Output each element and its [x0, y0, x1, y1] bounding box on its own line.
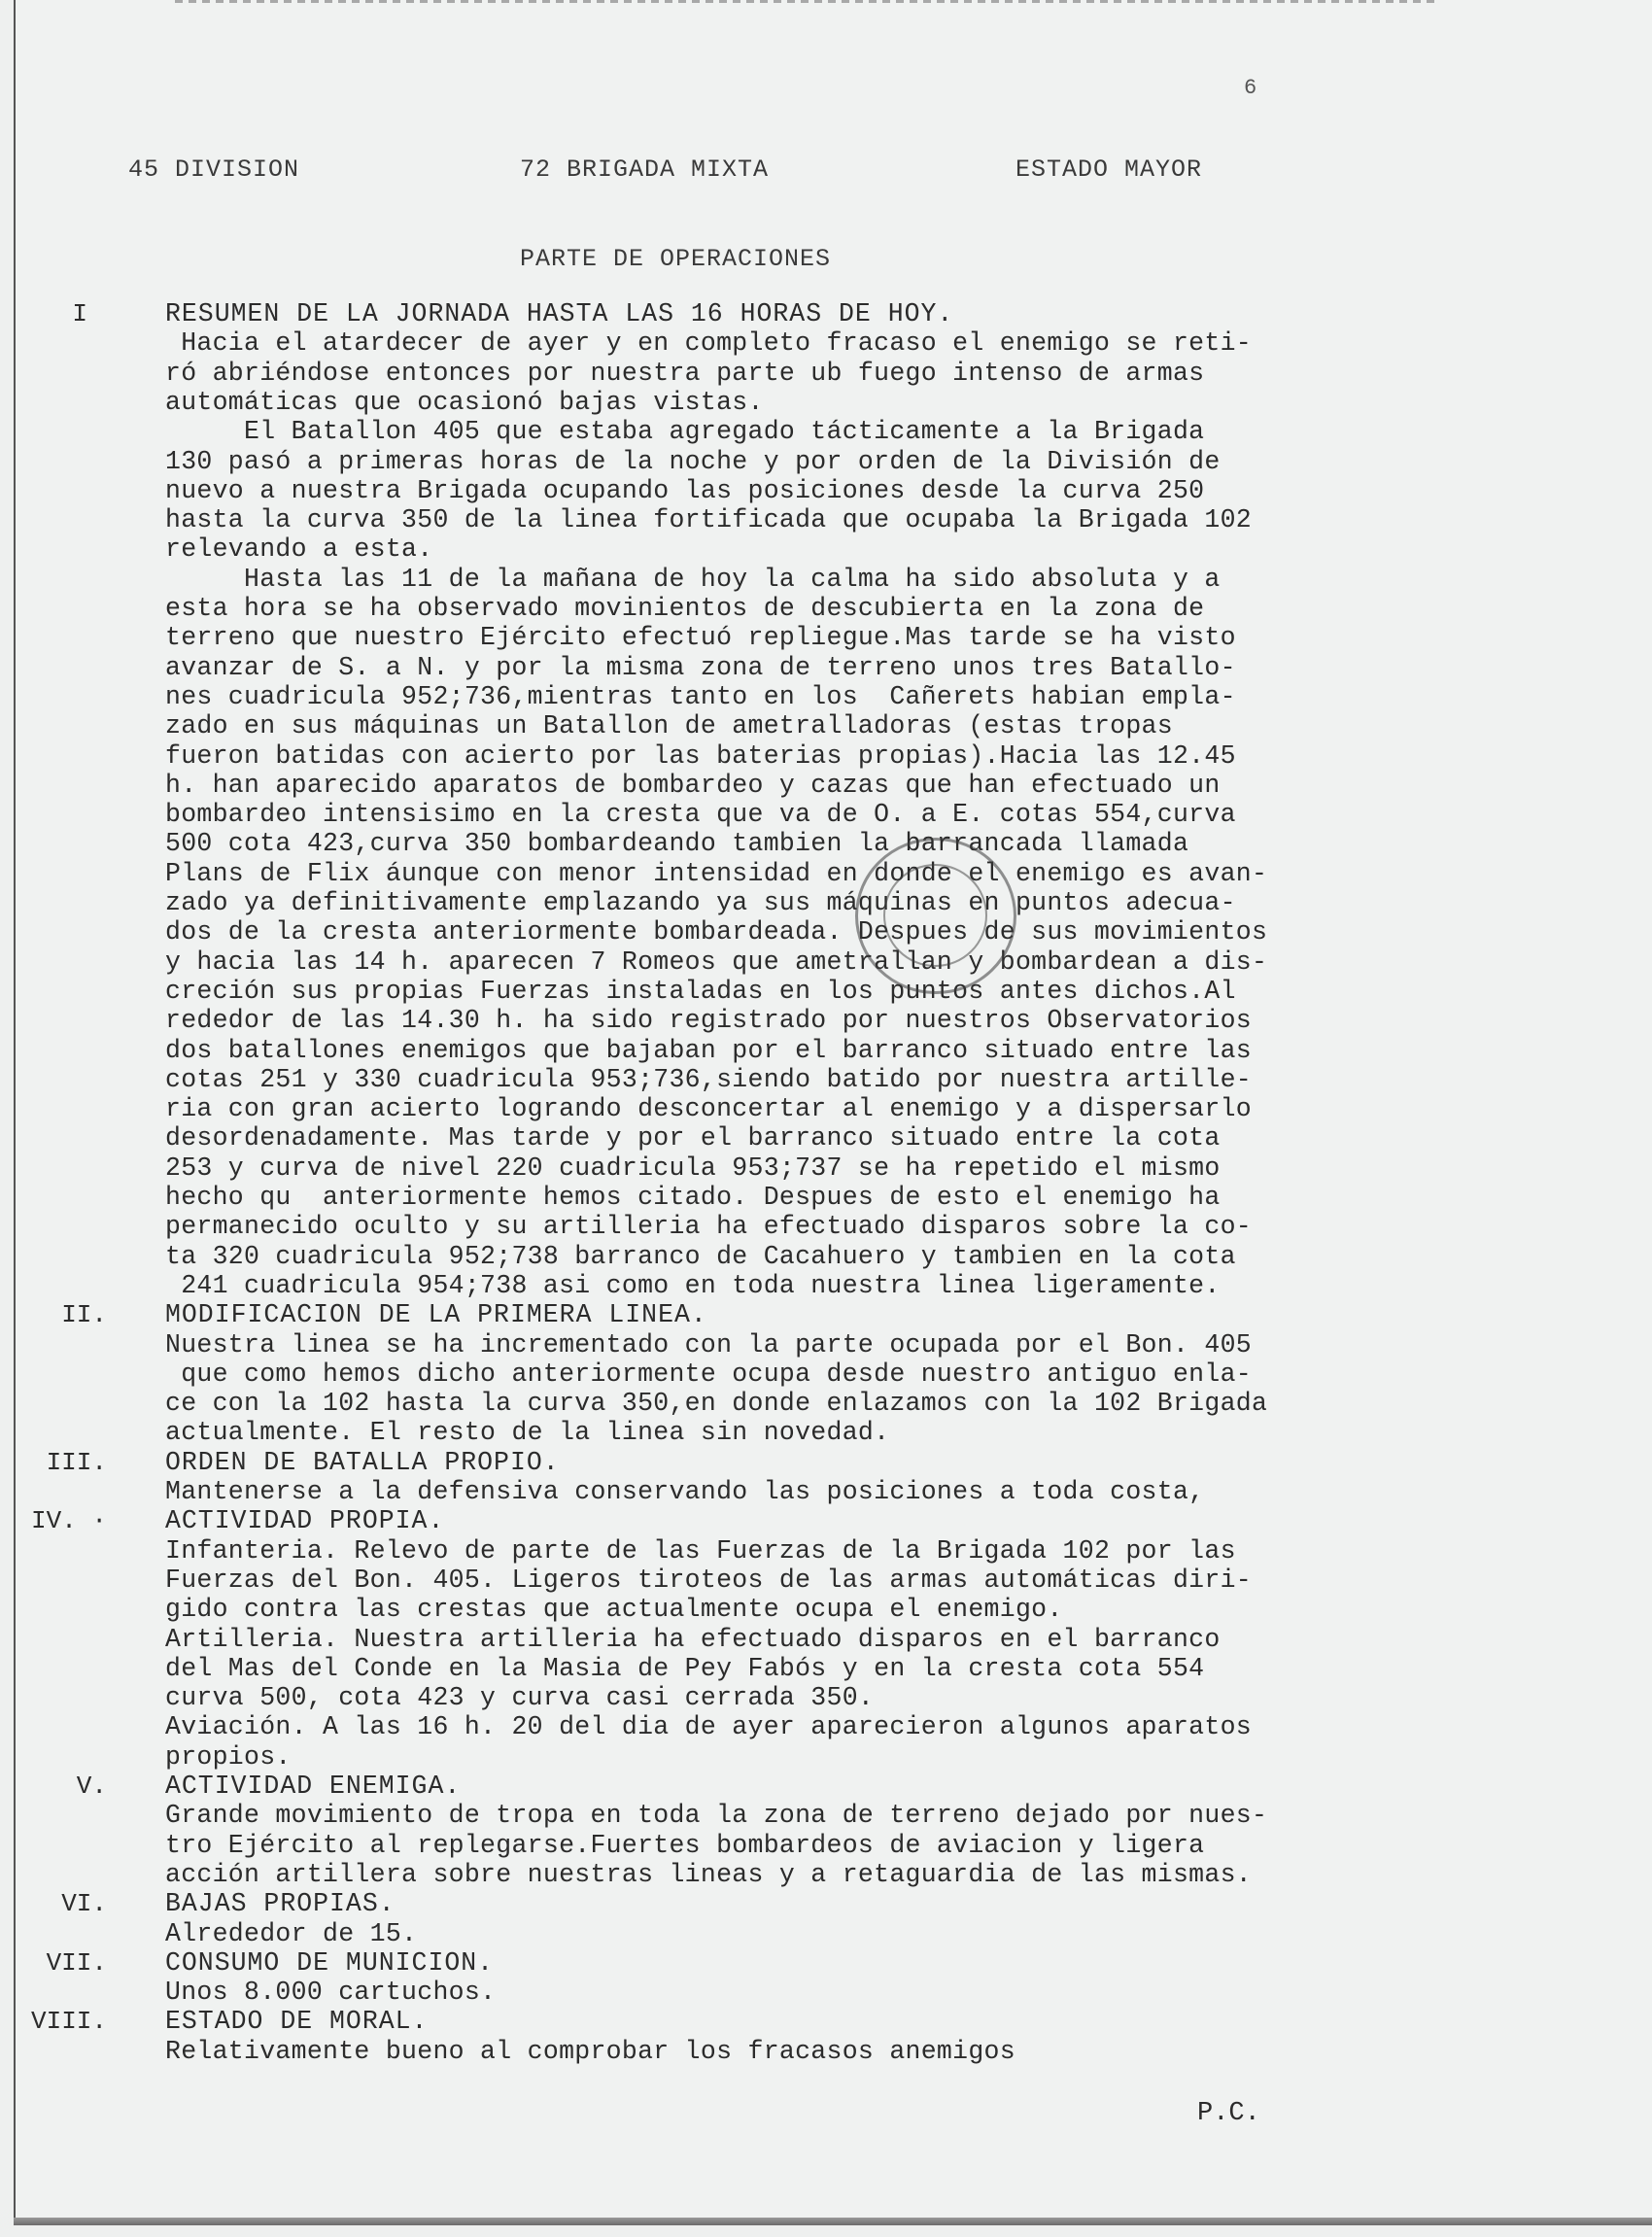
- text-line: Infanteria. Relevo de parte de las Fuerz…: [165, 1536, 1236, 1566]
- text-line: Unos 8.000 cartuchos.: [165, 1978, 496, 2007]
- text-line: zado en sus máquinas un Batallon de amet…: [165, 711, 1173, 740]
- text-line: relevando a esta.: [165, 534, 432, 564]
- text-line: permanecido oculto y su artilleria ha ef…: [165, 1212, 1252, 1241]
- text-line: fueron batidas con acierto por las bater…: [165, 741, 1236, 771]
- text-line: h. han aparecido aparatos de bombardeo y…: [165, 771, 1221, 800]
- text-line: bombardeo intensisimo en la cresta que v…: [165, 800, 1236, 829]
- page-bottom-edge: [14, 2218, 1652, 2225]
- text-line: que como hemos dicho anteriormente ocupa…: [165, 1359, 1252, 1389]
- text-line: zado ya definitivamente emplazando ya su…: [165, 888, 1236, 917]
- text-line: nes cuadricula 952;736,mientras tanto en…: [165, 682, 1236, 711]
- header-brigade: 72 BRIGADA MIXTA: [520, 155, 769, 184]
- section-number: V.: [0, 1772, 107, 1801]
- text-line: ce con la 102 hasta la curva 350,en dond…: [165, 1389, 1267, 1418]
- text-line: rededor de las 14.30 h. ha sido registra…: [165, 1006, 1252, 1035]
- section-number: VI.: [0, 1889, 107, 1918]
- section-number: I: [0, 299, 87, 328]
- section-heading: ORDEN DE BATALLA PROPIO.: [165, 1448, 560, 1477]
- text-line: actualmente. El resto de la linea sin no…: [165, 1418, 889, 1447]
- text-line: hecho qu anteriormente hemos citado. Des…: [165, 1183, 1221, 1212]
- text-line: tro Ejército al replegarse.Fuertes bomba…: [165, 1831, 1204, 1860]
- text-line: Fuerzas del Bon. 405. Ligeros tiroteos d…: [165, 1566, 1252, 1595]
- signature: P.C.: [1197, 2099, 1260, 2128]
- official-stamp: [855, 838, 1016, 994]
- text-line: 130 pasó a primeras horas de la noche y …: [165, 447, 1221, 476]
- section-heading: BAJAS PROPIAS.: [165, 1889, 396, 1918]
- section-heading: ESTADO DE MORAL.: [165, 2007, 428, 2036]
- text-line: cotas 251 y 330 cuadricula 953;736,siend…: [165, 1065, 1252, 1094]
- text-line: Plans de Flix áunque con menor intensida…: [165, 859, 1267, 888]
- document-title: PARTE DE OPERACIONES: [520, 245, 831, 273]
- text-line: dos batallones enemigos que bajaban por …: [165, 1036, 1252, 1065]
- section-number: IV. ·: [0, 1506, 107, 1535]
- text-line: creción sus propias Fuerzas instaladas e…: [165, 977, 1236, 1006]
- text-line: del Mas del Conde en la Masia de Pey Fab…: [165, 1654, 1204, 1683]
- section-heading: ACTIVIDAD ENEMIGA.: [165, 1772, 461, 1801]
- section-heading: CONSUMO DE MUNICION.: [165, 1948, 494, 1978]
- text-line: nuevo a nuestra Brigada ocupando las pos…: [165, 476, 1204, 505]
- text-line: propios.: [165, 1742, 292, 1772]
- text-line: desordenadamente. Mas tarde y por el bar…: [165, 1123, 1221, 1153]
- section-heading: MODIFICACION DE LA PRIMERA LINEA.: [165, 1300, 707, 1329]
- section-number: VII.: [0, 1948, 107, 1978]
- corner-mark: 6: [1244, 76, 1256, 100]
- text-line: curva 500, cota 423 y curva casi cerrada…: [165, 1683, 874, 1712]
- cropped-top-text: [175, 0, 1438, 3]
- text-line: ta 320 cuadricula 952;738 barranco de Ca…: [165, 1242, 1236, 1271]
- text-line: gido contra las crestas que actualmente …: [165, 1595, 1063, 1624]
- text-line: Hacia el atardecer de ayer y en completo…: [165, 328, 1252, 358]
- section-number: II.: [0, 1300, 107, 1329]
- text-line: Aviación. A las 16 h. 20 del dia de ayer…: [165, 1712, 1252, 1741]
- text-line: 500 cota 423,curva 350 bombardeando tamb…: [165, 829, 1188, 858]
- section-heading: ACTIVIDAD PROPIA.: [165, 1506, 444, 1535]
- text-line: Hasta las 11 de la mañana de hoy la calm…: [165, 565, 1221, 594]
- text-line: esta hora se ha observado movinientos de…: [165, 594, 1204, 623]
- text-line: Mantenerse a la defensiva conservando la…: [165, 1477, 1204, 1506]
- text-line: Artilleria. Nuestra artilleria ha efectu…: [165, 1625, 1221, 1654]
- text-line: Grande movimiento de tropa en toda la zo…: [165, 1801, 1267, 1830]
- header-division: 45 DIVISION: [128, 155, 299, 184]
- text-line: El Batallon 405 que estaba agregado táct…: [165, 417, 1204, 446]
- section-number: VIII.: [0, 2007, 107, 2036]
- text-line: Nuestra linea se ha incrementado con la …: [165, 1330, 1252, 1359]
- text-line: acción artillera sobre nuestras lineas y…: [165, 1860, 1252, 1889]
- text-line: Relativamente bueno al comprobar los fra…: [165, 2037, 1015, 2066]
- section-heading: RESUMEN DE LA JORNADA HASTA LAS 16 HORAS…: [165, 299, 953, 328]
- text-line: automáticas que ocasionó bajas vistas.: [165, 388, 764, 417]
- text-line: hasta la curva 350 de la linea fortifica…: [165, 505, 1252, 534]
- text-line: Alrededor de 15.: [165, 1919, 417, 1948]
- text-line: avanzar de S. a N. y por la misma zona d…: [165, 653, 1236, 682]
- section-number: III.: [0, 1448, 107, 1477]
- text-line: 253 y curva de nivel 220 cuadricula 953;…: [165, 1153, 1221, 1183]
- text-line: ria con gran acierto logrando desconcert…: [165, 1094, 1252, 1123]
- text-line: dos de la cresta anteriormente bombardea…: [165, 917, 1267, 946]
- text-line: 241 cuadricula 954;738 asi como en toda …: [165, 1271, 1221, 1300]
- header-staff: ESTADO MAYOR: [1015, 155, 1202, 184]
- text-line: ró abriéndose entonces por nuestra parte…: [165, 359, 1204, 388]
- text-line: y hacia las 14 h. aparecen 7 Romeos que …: [165, 947, 1267, 977]
- text-line: terreno que nuestro Ejército efectuó rep…: [165, 623, 1236, 652]
